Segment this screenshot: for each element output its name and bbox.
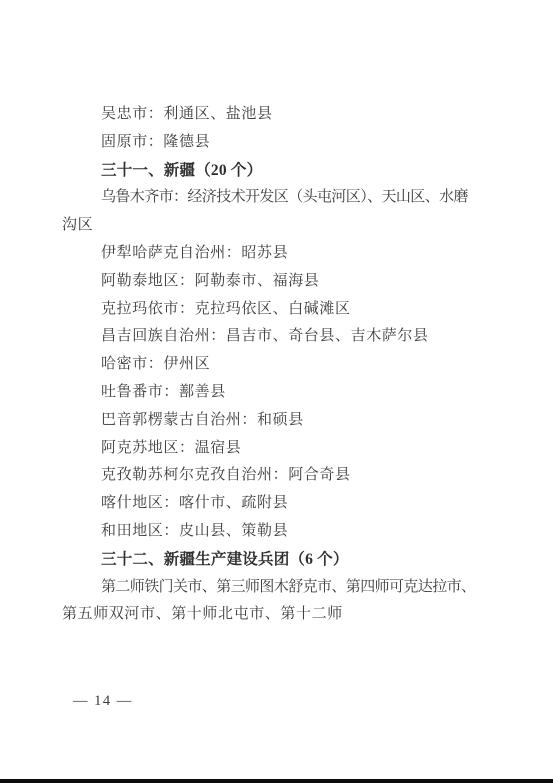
doc-line: 和田地区：皮山县、策勒县 xyxy=(62,518,488,546)
section-heading: 三十二、新疆生产建设兵团（6 个） xyxy=(62,546,488,574)
doc-line: 昌吉回族自治州：昌吉市、奇台县、吉木萨尔县 xyxy=(62,323,488,351)
doc-line: 乌鲁木齐市：经济技术开发区（头屯河区）、天山区、水磨 xyxy=(62,184,488,212)
doc-line: 固原市：隆德县 xyxy=(62,129,488,157)
page-bottom-edge xyxy=(0,779,553,783)
doc-line: 第五师双河市、第十师北屯市、第十二师 xyxy=(62,601,488,629)
doc-line: 巴音郭楞蒙古自治州：和硕县 xyxy=(62,407,488,435)
doc-line: 伊犁哈萨克自治州：昭苏县 xyxy=(62,240,488,268)
doc-line: 克孜勒苏柯尔克孜自治州：阿合奇县 xyxy=(62,462,488,490)
doc-line: 吐鲁番市：鄯善县 xyxy=(62,379,488,407)
doc-line: 喀什地区：喀什市、疏附县 xyxy=(62,490,488,518)
section-heading: 三十一、新疆（20 个） xyxy=(62,157,488,185)
doc-line: 阿勒泰地区：阿勒泰市、福海县 xyxy=(62,268,488,296)
document-text-block: 吴忠市：利通区、盐池县 固原市：隆德县 三十一、新疆（20 个） 乌鲁木齐市：经… xyxy=(62,101,488,629)
doc-line: 吴忠市：利通区、盐池县 xyxy=(62,101,488,129)
doc-line: 沟区 xyxy=(62,212,488,240)
doc-line: 阿克苏地区：温宿县 xyxy=(62,435,488,463)
document-page: 吴忠市：利通区、盐池县 固原市：隆德县 三十一、新疆（20 个） 乌鲁木齐市：经… xyxy=(0,0,553,783)
doc-line: 克拉玛依市：克拉玛依区、白碱滩区 xyxy=(62,296,488,324)
doc-line: 哈密市：伊州区 xyxy=(62,351,488,379)
page-number: — 14 — xyxy=(73,692,133,710)
doc-line: 第二师铁门关市、第三师图木舒克市、第四师可克达拉市、 xyxy=(62,574,488,602)
